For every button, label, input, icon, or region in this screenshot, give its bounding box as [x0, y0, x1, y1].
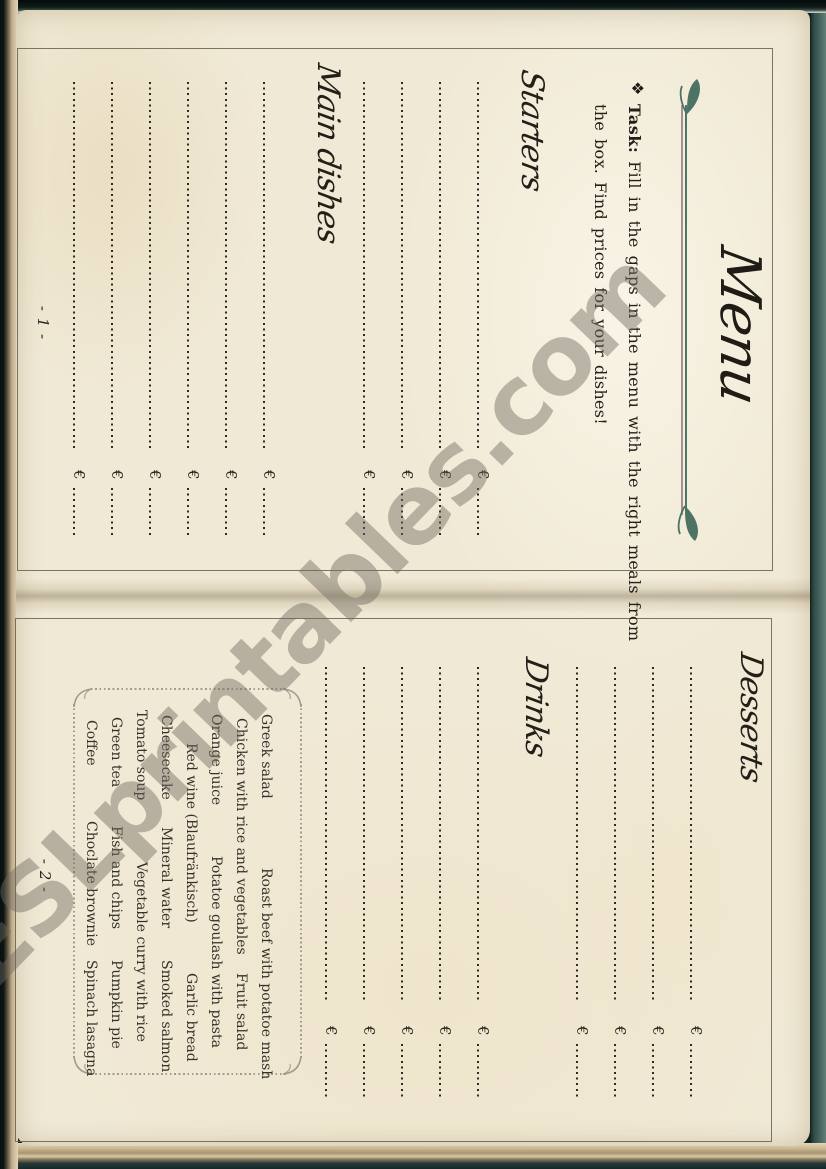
price-blank-line[interactable]	[439, 488, 441, 538]
word-box-item: Orange juice	[208, 714, 224, 805]
heading-main-dishes: Main dishes	[312, 61, 343, 245]
euro-sign: €	[70, 470, 88, 480]
word-box-corner-icon	[71, 686, 93, 708]
price-blank-line[interactable]	[652, 1044, 654, 1098]
price-blank-line[interactable]	[225, 488, 227, 538]
word-box-item: Garlic bread	[183, 973, 199, 1062]
leaf-ornament-left-icon	[676, 76, 706, 116]
starters-row: €	[401, 82, 421, 538]
dish-blank-line[interactable]	[225, 82, 227, 448]
dish-blank-line[interactable]	[652, 667, 654, 1003]
title-rule-teal	[685, 105, 687, 515]
euro-sign: €	[108, 470, 126, 480]
word-box-item: Potatoe goulash with pasta	[208, 856, 224, 1048]
price-blank-line[interactable]	[477, 1044, 479, 1098]
price-blank-line[interactable]	[690, 1044, 692, 1098]
word-box-item: Roast beef with potatoe mash	[258, 868, 274, 1079]
heading-desserts: Desserts	[735, 650, 766, 784]
euro-sign: €	[398, 1026, 416, 1036]
menu-booklet: Menu ❖ Task: Fill in the gaps in the men…	[0, 0, 826, 1169]
word-box-corner-icon	[282, 686, 304, 708]
main-dishes-row: €	[111, 82, 131, 538]
price-blank-line[interactable]	[614, 1044, 616, 1098]
task-text-line2: the box. Find prices for your dishes!	[591, 104, 610, 425]
word-box-item: Cheesecake	[158, 715, 174, 800]
dish-blank-line[interactable]	[690, 667, 692, 1003]
dish-blank-line[interactable]	[614, 667, 616, 1003]
dish-blank-line[interactable]	[111, 82, 113, 448]
price-blank-line[interactable]	[363, 1044, 365, 1098]
word-box-item: Chicken with rice and vegetables	[233, 718, 249, 955]
euro-sign: €	[573, 1026, 591, 1036]
drinks-row: €	[477, 667, 497, 1098]
desserts-row: €	[652, 667, 672, 1098]
drinks-row: €	[401, 667, 421, 1098]
dish-blank-line[interactable]	[477, 667, 479, 1003]
euro-sign: €	[360, 470, 378, 480]
dish-blank-line[interactable]	[401, 667, 403, 1003]
worksheet-page: { "watermark": "ESLprintables.com", "cur…	[0, 0, 826, 1169]
drinks-row: €	[439, 667, 459, 1098]
task-label: Task:	[625, 104, 644, 153]
task-text-line1: Task: Fill in the gaps in the menu with …	[625, 104, 644, 641]
dish-blank-line[interactable]	[439, 82, 441, 448]
dish-blank-line[interactable]	[439, 667, 441, 1003]
price-blank-line[interactable]	[149, 488, 151, 538]
main-dishes-row: €	[149, 82, 169, 538]
word-box-corner-icon	[282, 1055, 304, 1077]
euro-sign: €	[687, 1026, 705, 1036]
dish-blank-line[interactable]	[401, 82, 403, 448]
euro-sign: €	[222, 470, 240, 480]
main-dishes-row: €	[225, 82, 245, 538]
word-box-item: Vegetable curry with rice	[133, 862, 149, 1042]
word-box-border-top	[300, 704, 302, 1059]
word-box: Greek saladRoast beef with potatoe mashC…	[73, 688, 302, 1075]
task-text-rest: Fill in the gaps in the menu with the ri…	[625, 153, 644, 641]
dish-blank-line[interactable]	[263, 82, 265, 448]
dish-blank-line[interactable]	[149, 82, 151, 448]
euro-sign: €	[184, 470, 202, 480]
drinks-row: €	[325, 667, 345, 1098]
dish-blank-line[interactable]	[576, 667, 578, 1003]
word-box-item: Mineral water	[158, 827, 174, 928]
book-page-stack-edge	[0, 1143, 826, 1169]
word-box-item: Red wine (Blaufränkisch)	[183, 743, 199, 923]
euro-sign: €	[611, 1026, 629, 1036]
price-blank-line[interactable]	[363, 488, 365, 538]
price-blank-line[interactable]	[111, 488, 113, 538]
word-box-item: Spinach lasagna	[83, 960, 99, 1076]
word-box-item: Smoked salmon	[158, 960, 174, 1072]
word-box-border-bottom	[73, 704, 75, 1059]
dish-blank-line[interactable]	[325, 667, 327, 1003]
book-cover-top-edge	[811, 0, 826, 1169]
word-box-item: Fruit salad	[233, 973, 249, 1050]
price-blank-line[interactable]	[576, 1044, 578, 1098]
desserts-row: €	[690, 667, 710, 1098]
word-box-item: Pumpkin pie	[108, 960, 124, 1049]
price-blank-line[interactable]	[263, 488, 265, 538]
price-blank-line[interactable]	[439, 1044, 441, 1098]
drinks-row: €	[363, 667, 383, 1098]
price-blank-line[interactable]	[73, 488, 75, 538]
price-blank-line[interactable]	[187, 488, 189, 538]
word-box-item: Fish and chips	[108, 826, 124, 929]
price-blank-line[interactable]	[325, 1044, 327, 1098]
main-dishes-row: €	[73, 82, 93, 538]
starters-row: €	[363, 82, 383, 538]
word-box-item: Coffee	[83, 720, 99, 766]
word-box-item: Choclate brownie	[83, 821, 99, 946]
price-blank-line[interactable]	[401, 488, 403, 538]
euro-sign: €	[260, 470, 278, 480]
page2-number: - 2 -	[36, 846, 54, 906]
euro-sign: €	[360, 1026, 378, 1036]
main-dishes-row: €	[263, 82, 283, 538]
word-box-item: Greek salad	[258, 714, 274, 799]
price-blank-line[interactable]	[477, 488, 479, 538]
task-bullet-icon: ❖	[628, 81, 647, 95]
euro-sign: €	[436, 470, 454, 480]
dish-blank-line[interactable]	[363, 667, 365, 1003]
menu-paper: Menu ❖ Task: Fill in the gaps in the men…	[16, 10, 810, 1146]
dish-blank-line[interactable]	[363, 82, 365, 448]
desserts-row: €	[576, 667, 596, 1098]
word-box-border-right	[89, 1073, 286, 1075]
dish-blank-line[interactable]	[187, 82, 189, 448]
page-seam	[16, 578, 810, 614]
title-rule-mauve	[681, 105, 683, 515]
dish-blank-line[interactable]	[73, 82, 75, 448]
leaf-ornament-right-icon	[674, 504, 704, 544]
word-box-border-left	[89, 688, 286, 690]
page1-number: - 1 -	[34, 293, 52, 353]
word-box-item: Green tea	[108, 717, 124, 787]
euro-sign: €	[322, 1026, 340, 1036]
main-dishes-row: €	[187, 82, 207, 538]
word-box-item: Tomato soup	[133, 710, 149, 800]
desserts-row: €	[614, 667, 634, 1098]
starters-row: €	[439, 82, 459, 538]
euro-sign: €	[436, 1026, 454, 1036]
euro-sign: €	[649, 1026, 667, 1036]
starters-row: €	[477, 82, 497, 538]
euro-sign: €	[474, 1026, 492, 1036]
menu-title: Menu	[707, 44, 772, 605]
euro-sign: €	[398, 470, 416, 480]
heading-drinks: Drinks	[520, 655, 551, 759]
heading-starters: Starters	[516, 67, 547, 193]
dish-blank-line[interactable]	[477, 82, 479, 448]
euro-sign: €	[474, 470, 492, 480]
euro-sign: €	[146, 470, 164, 480]
price-blank-line[interactable]	[401, 1044, 403, 1098]
